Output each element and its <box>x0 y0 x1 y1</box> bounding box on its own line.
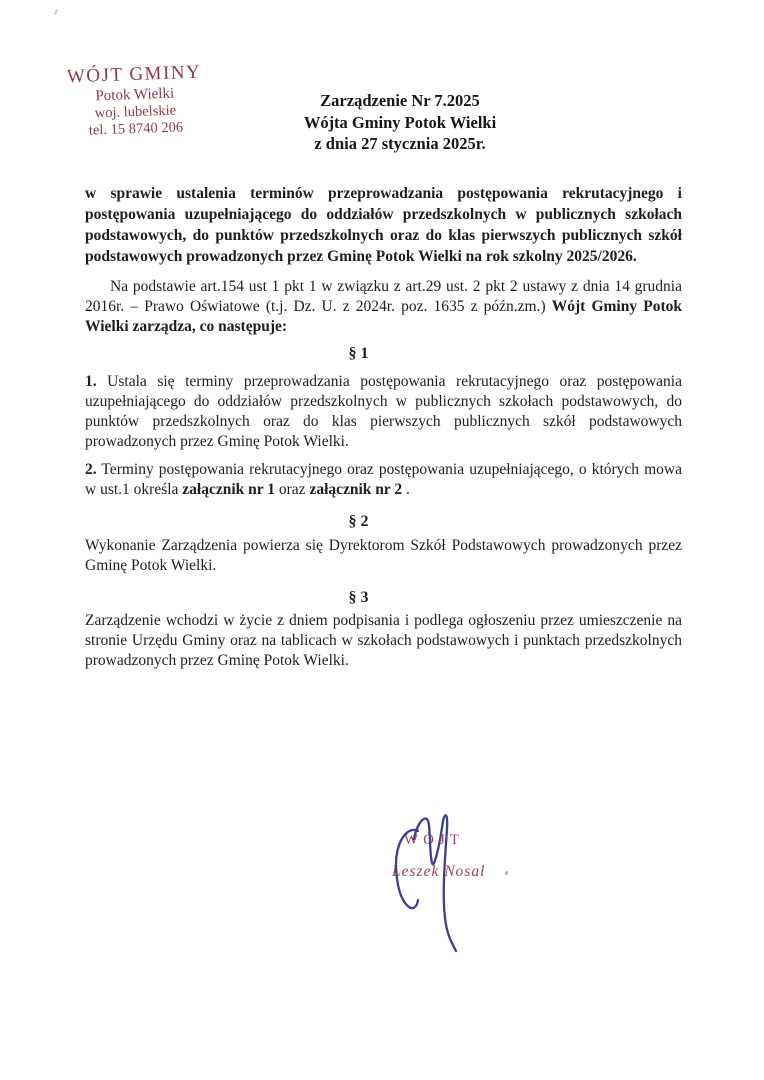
scanned-document-page: WÓJT GMINY Potok Wielki woj. lubelskie t… <box>0 0 764 1080</box>
item-1-text: Ustala się terminy przeprowadzania postę… <box>85 373 682 450</box>
handwritten-signature <box>370 797 490 997</box>
section-1-item-2: 2. Terminy postępowania rekrutacyjnego o… <box>85 460 682 500</box>
section-2-paragraph: Wykonanie Zarządzenia powierza się Dyrek… <box>85 536 682 576</box>
title-issuer: Wójta Gminy Potok Wielki <box>250 112 550 134</box>
legal-basis-paragraph: Na podstawie art.154 ust 1 pkt 1 w związ… <box>85 277 682 337</box>
section-3-paragraph: Zarządzenie wchodzi w życie z dniem podp… <box>85 611 682 671</box>
item-2-text-c: . <box>402 481 410 498</box>
scan-artifact <box>504 871 508 876</box>
letterhead-stamp: WÓJT GMINY Potok Wielki woj. lubelskie t… <box>59 61 211 140</box>
scan-artifact <box>54 9 57 15</box>
section-1-item-1: 1. Ustala się terminy przeprowadzania po… <box>85 372 682 452</box>
document-body: w sprawie ustalenia terminów przeprowadz… <box>85 183 682 671</box>
item-2-text-b: oraz <box>275 481 309 498</box>
section-1-heading: § 1 <box>60 344 657 364</box>
item-2-number: 2. <box>85 461 97 478</box>
document-title: Zarządzenie Nr 7.2025 Wójta Gminy Potok … <box>250 90 550 155</box>
item-2-attachment-2: załącznik nr 2 <box>309 481 402 498</box>
section-3-heading: § 3 <box>60 588 657 608</box>
item-1-number: 1. <box>85 373 97 390</box>
subject-paragraph: w sprawie ustalenia terminów przeprowadz… <box>85 183 682 267</box>
title-ordinance-number: Zarządzenie Nr 7.2025 <box>250 90 550 112</box>
item-2-attachment-1: załącznik nr 1 <box>182 481 275 498</box>
title-date: z dnia 27 stycznia 2025r. <box>250 133 550 155</box>
section-2-heading: § 2 <box>60 512 657 532</box>
